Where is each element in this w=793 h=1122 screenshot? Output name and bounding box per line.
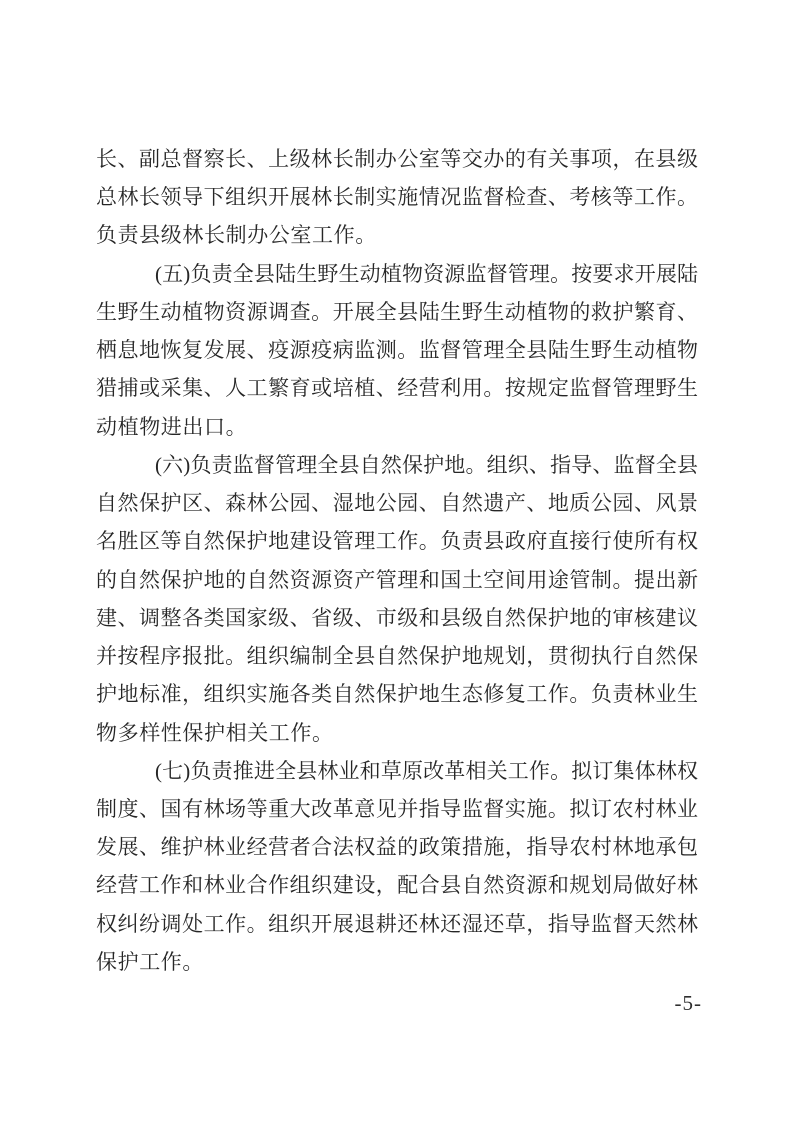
text-line: 名胜区等自然保护地建设管理工作。负责县政府直接行使所有权	[96, 522, 698, 560]
text-line: 栖息地恢复发展、疫源疫病监测。监督管理全县陆生野生动植物	[96, 331, 698, 369]
text-line: 总林长领导下组织开展林长制实施情况监督检查、考核等工作。	[96, 178, 698, 216]
text-line: 生野生动植物资源调查。开展全县陆生野生动植物的救护繁育、	[96, 293, 698, 331]
text-line: 物多样性保护相关工作。	[96, 714, 698, 752]
text-line: 经营工作和林业合作组织建设，配合县自然资源和规划局做好林	[96, 866, 698, 904]
text-line: 制度、国有林场等重大改革意见并指导监督实施。拟订农村林业	[96, 790, 698, 828]
document-page: 长、副总督察长、上级林长制办公室等交办的有关事项，在县级总林长领导下组织开展林长…	[0, 0, 793, 1122]
page-number: -5-	[675, 991, 703, 1016]
text-line: 自然保护区、森林公园、湿地公园、自然遗产、地质公园、风景	[96, 484, 698, 522]
text-line: (六)负责监督管理全县自然保护地。组织、指导、监督全县	[96, 446, 698, 484]
text-block: 长、副总督察长、上级林长制办公室等交办的有关事项，在县级总林长领导下组织开展林长…	[96, 140, 698, 981]
text-line: 护地标准，组织实施各类自然保护地生态修复工作。负责林业生	[96, 675, 698, 713]
text-line: 负责县级林长制办公室工作。	[96, 216, 698, 254]
text-line: 长、副总督察长、上级林长制办公室等交办的有关事项，在县级	[96, 140, 698, 178]
text-line: (七)负责推进全县林业和草原改革相关工作。拟订集体林权	[96, 752, 698, 790]
text-line: 权纠纷调处工作。组织开展退耕还林还湿还草，指导监督天然林	[96, 905, 698, 943]
text-line: 动植物进出口。	[96, 408, 698, 446]
text-line: 保护工作。	[96, 943, 698, 981]
text-line: 建、调整各类国家级、省级、市级和县级自然保护地的审核建议	[96, 599, 698, 637]
text-line: 并按程序报批。组织编制全县自然保护地规划，贯彻执行自然保	[96, 637, 698, 675]
text-line: 猎捕或采集、人工繁育或培植、经营利用。按规定监督管理野生	[96, 369, 698, 407]
text-line: 发展、维护林业经营者合法权益的政策措施，指导农村林地承包	[96, 828, 698, 866]
text-line: 的自然保护地的自然资源资产管理和国土空间用途管制。提出新	[96, 561, 698, 599]
text-line: (五)负责全县陆生野生动植物资源监督管理。按要求开展陆	[96, 255, 698, 293]
